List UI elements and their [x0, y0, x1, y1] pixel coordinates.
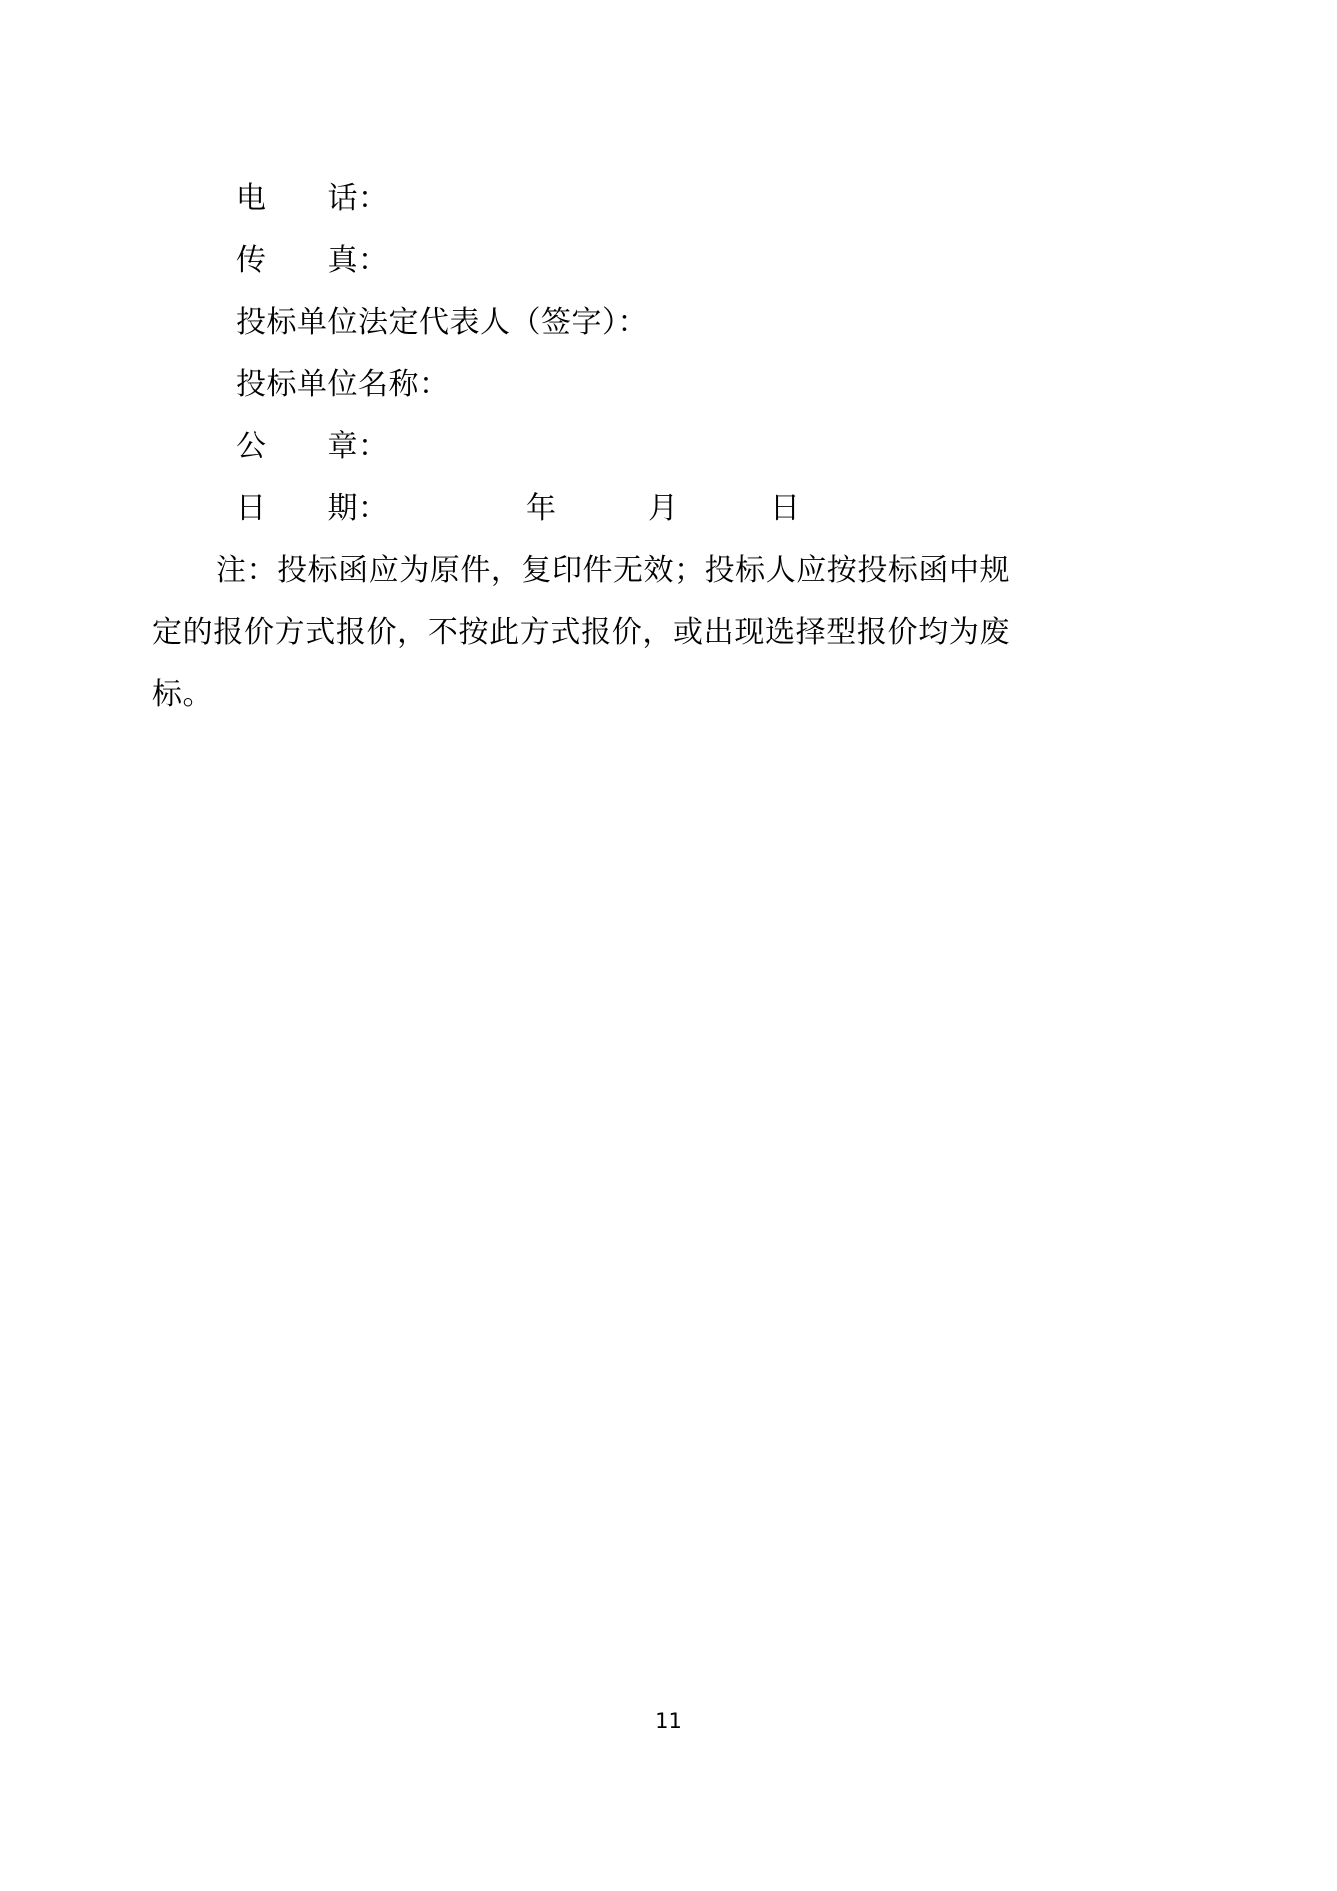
form-line-company-name: 投标单位名称： — [152, 354, 1010, 416]
form-line-phone: 电 话： — [152, 168, 1010, 230]
form-signature-block: 电 话： 传 真： 投标单位法定代表人（签字）： 投标单位名称： 公 章： 日 … — [152, 168, 1010, 726]
form-line-fax: 传 真： — [152, 230, 1010, 292]
page-number: 11 — [0, 1706, 1337, 1736]
note-paragraph: 注：投标函应为原件，复印件无效；投标人应按投标函中规定的报价方式报价，不按此方式… — [152, 540, 1010, 726]
form-line-official-seal: 公 章： — [152, 416, 1010, 478]
form-line-date: 日 期： 年 月 日 — [152, 478, 1010, 540]
form-line-legal-representative: 投标单位法定代表人（签字）： — [152, 292, 1010, 354]
document-page: 电 话： 传 真： 投标单位法定代表人（签字）： 投标单位名称： 公 章： 日 … — [0, 0, 1337, 1891]
